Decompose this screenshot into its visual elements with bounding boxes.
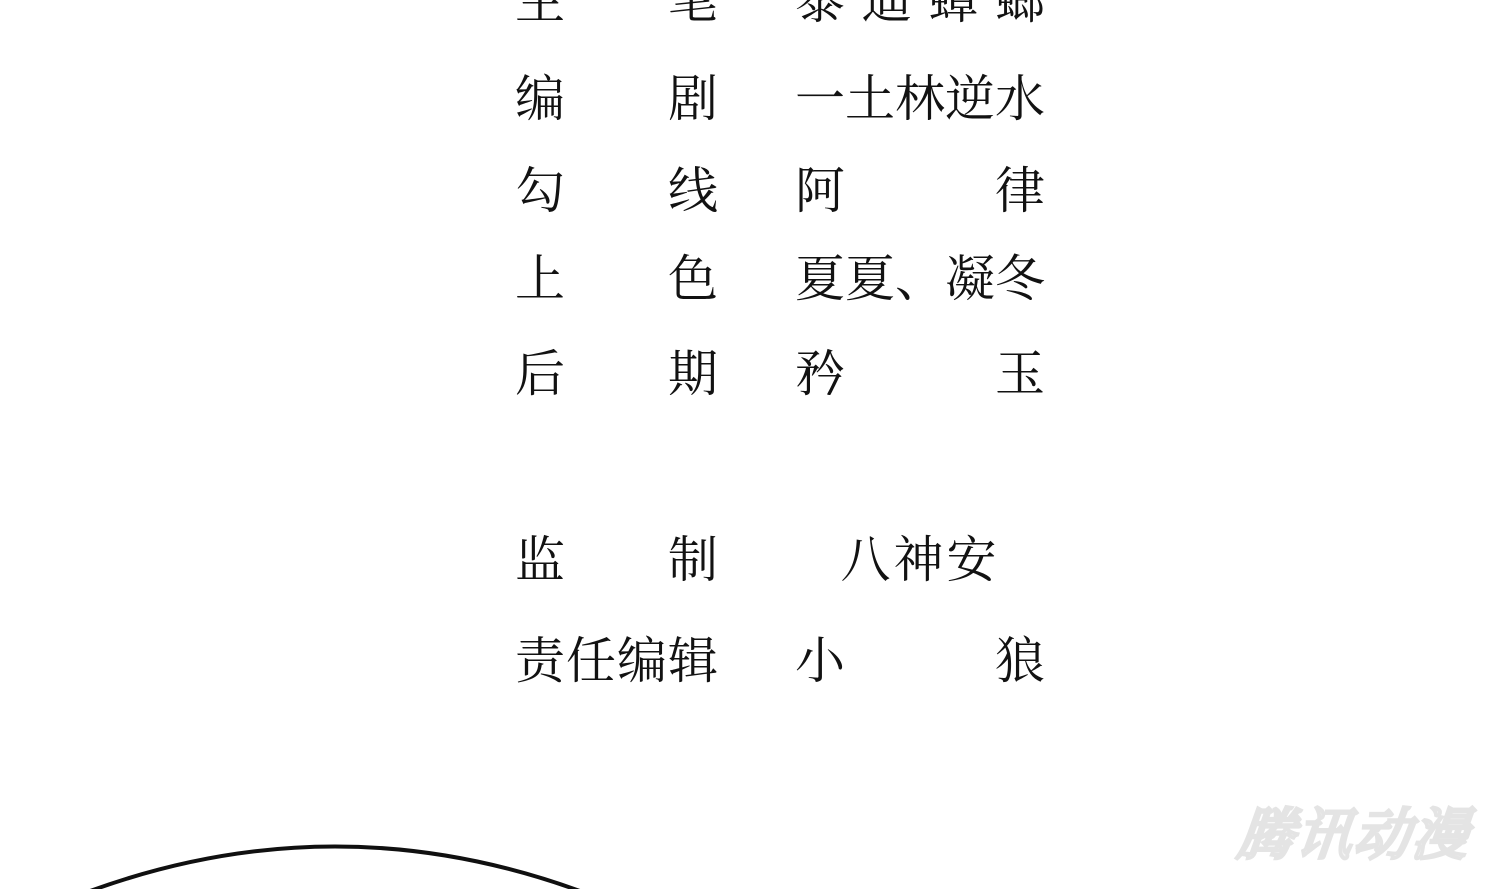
name-char: 小 bbox=[795, 632, 845, 690]
creator-name: 泰迪蟑螂 bbox=[795, 0, 1045, 30]
name-char: 矜 bbox=[795, 345, 845, 403]
credits-row: 上色 夏夏、凝冬 bbox=[0, 250, 1500, 308]
name-char: 阿 bbox=[795, 162, 845, 220]
role-char: 主 bbox=[515, 0, 565, 30]
credits-row: 责任编辑 小狼 bbox=[0, 632, 1500, 690]
name-char: 水 bbox=[995, 70, 1045, 128]
name-char: 夏 bbox=[845, 250, 895, 308]
role-char: 责 bbox=[515, 632, 565, 690]
credits-row: 主笔 泰迪蟑螂 bbox=[0, 0, 1500, 30]
name-char: 安 bbox=[947, 531, 1000, 589]
role-char: 任 bbox=[566, 632, 616, 690]
role-char: 辑 bbox=[668, 632, 718, 690]
role-label: 上色 bbox=[515, 250, 718, 308]
comic-credits-page: 主笔 泰迪蟑螂 编剧 一土林逆水 勾线 阿律 上色 夏夏、凝冬 后期 矜玉 监制… bbox=[0, 0, 1500, 889]
role-label: 勾线 bbox=[515, 162, 718, 220]
role-char: 期 bbox=[668, 345, 718, 403]
name-char: 林 bbox=[895, 70, 945, 128]
name-char: 神 bbox=[894, 531, 947, 589]
role-label: 责任编辑 bbox=[515, 632, 718, 690]
name-char: 蟑 bbox=[928, 0, 978, 30]
tencent-comics-watermark-logo: 腾讯动漫 bbox=[1235, 802, 1474, 868]
name-char: 螂 bbox=[995, 0, 1045, 30]
name-char: 玉 bbox=[995, 345, 1045, 403]
creator-name: 一土林逆水 bbox=[795, 70, 1045, 128]
name-char: 凝 bbox=[945, 250, 995, 308]
credits-row: 勾线 阿律 bbox=[0, 162, 1500, 220]
name-char: 夏 bbox=[795, 250, 845, 308]
role-char: 监 bbox=[515, 531, 565, 589]
role-label: 编剧 bbox=[515, 70, 718, 128]
role-label: 监制 bbox=[515, 531, 718, 589]
name-char: 八 bbox=[841, 531, 894, 589]
role-label: 后期 bbox=[515, 345, 718, 403]
role-char: 笔 bbox=[668, 0, 718, 30]
creator-name: 夏夏、凝冬 bbox=[795, 250, 1045, 308]
role-char: 制 bbox=[668, 531, 718, 589]
role-char: 线 bbox=[668, 162, 718, 220]
role-char: 上 bbox=[515, 250, 565, 308]
name-char: 迪 bbox=[862, 0, 912, 30]
name-char: 、 bbox=[895, 250, 945, 308]
credits-row: 后期 矜玉 bbox=[0, 345, 1500, 403]
role-char: 编 bbox=[617, 632, 667, 690]
name-char: 土 bbox=[845, 70, 895, 128]
role-char: 勾 bbox=[515, 162, 565, 220]
credits-row: 编剧 一土林逆水 bbox=[0, 70, 1500, 128]
name-char: 律 bbox=[995, 162, 1045, 220]
role-char: 编 bbox=[515, 70, 565, 128]
role-char: 色 bbox=[668, 250, 718, 308]
name-char: 逆 bbox=[945, 70, 995, 128]
name-char: 冬 bbox=[995, 250, 1045, 308]
role-label: 主笔 bbox=[515, 0, 718, 30]
credits-row: 监制 八神安 bbox=[0, 531, 1500, 589]
creator-name: 小狼 bbox=[795, 632, 1045, 690]
creator-name: 阿律 bbox=[795, 162, 1045, 220]
name-char: 狼 bbox=[995, 632, 1045, 690]
name-char: 泰 bbox=[795, 0, 845, 30]
credits-list: 主笔 泰迪蟑螂 编剧 一土林逆水 勾线 阿律 上色 夏夏、凝冬 后期 矜玉 监制… bbox=[0, 0, 1500, 889]
creator-name: 八神安 bbox=[795, 531, 1045, 589]
role-char: 后 bbox=[515, 345, 565, 403]
name-char: 一 bbox=[795, 70, 845, 128]
role-char: 剧 bbox=[668, 70, 718, 128]
creator-name: 矜玉 bbox=[795, 345, 1045, 403]
